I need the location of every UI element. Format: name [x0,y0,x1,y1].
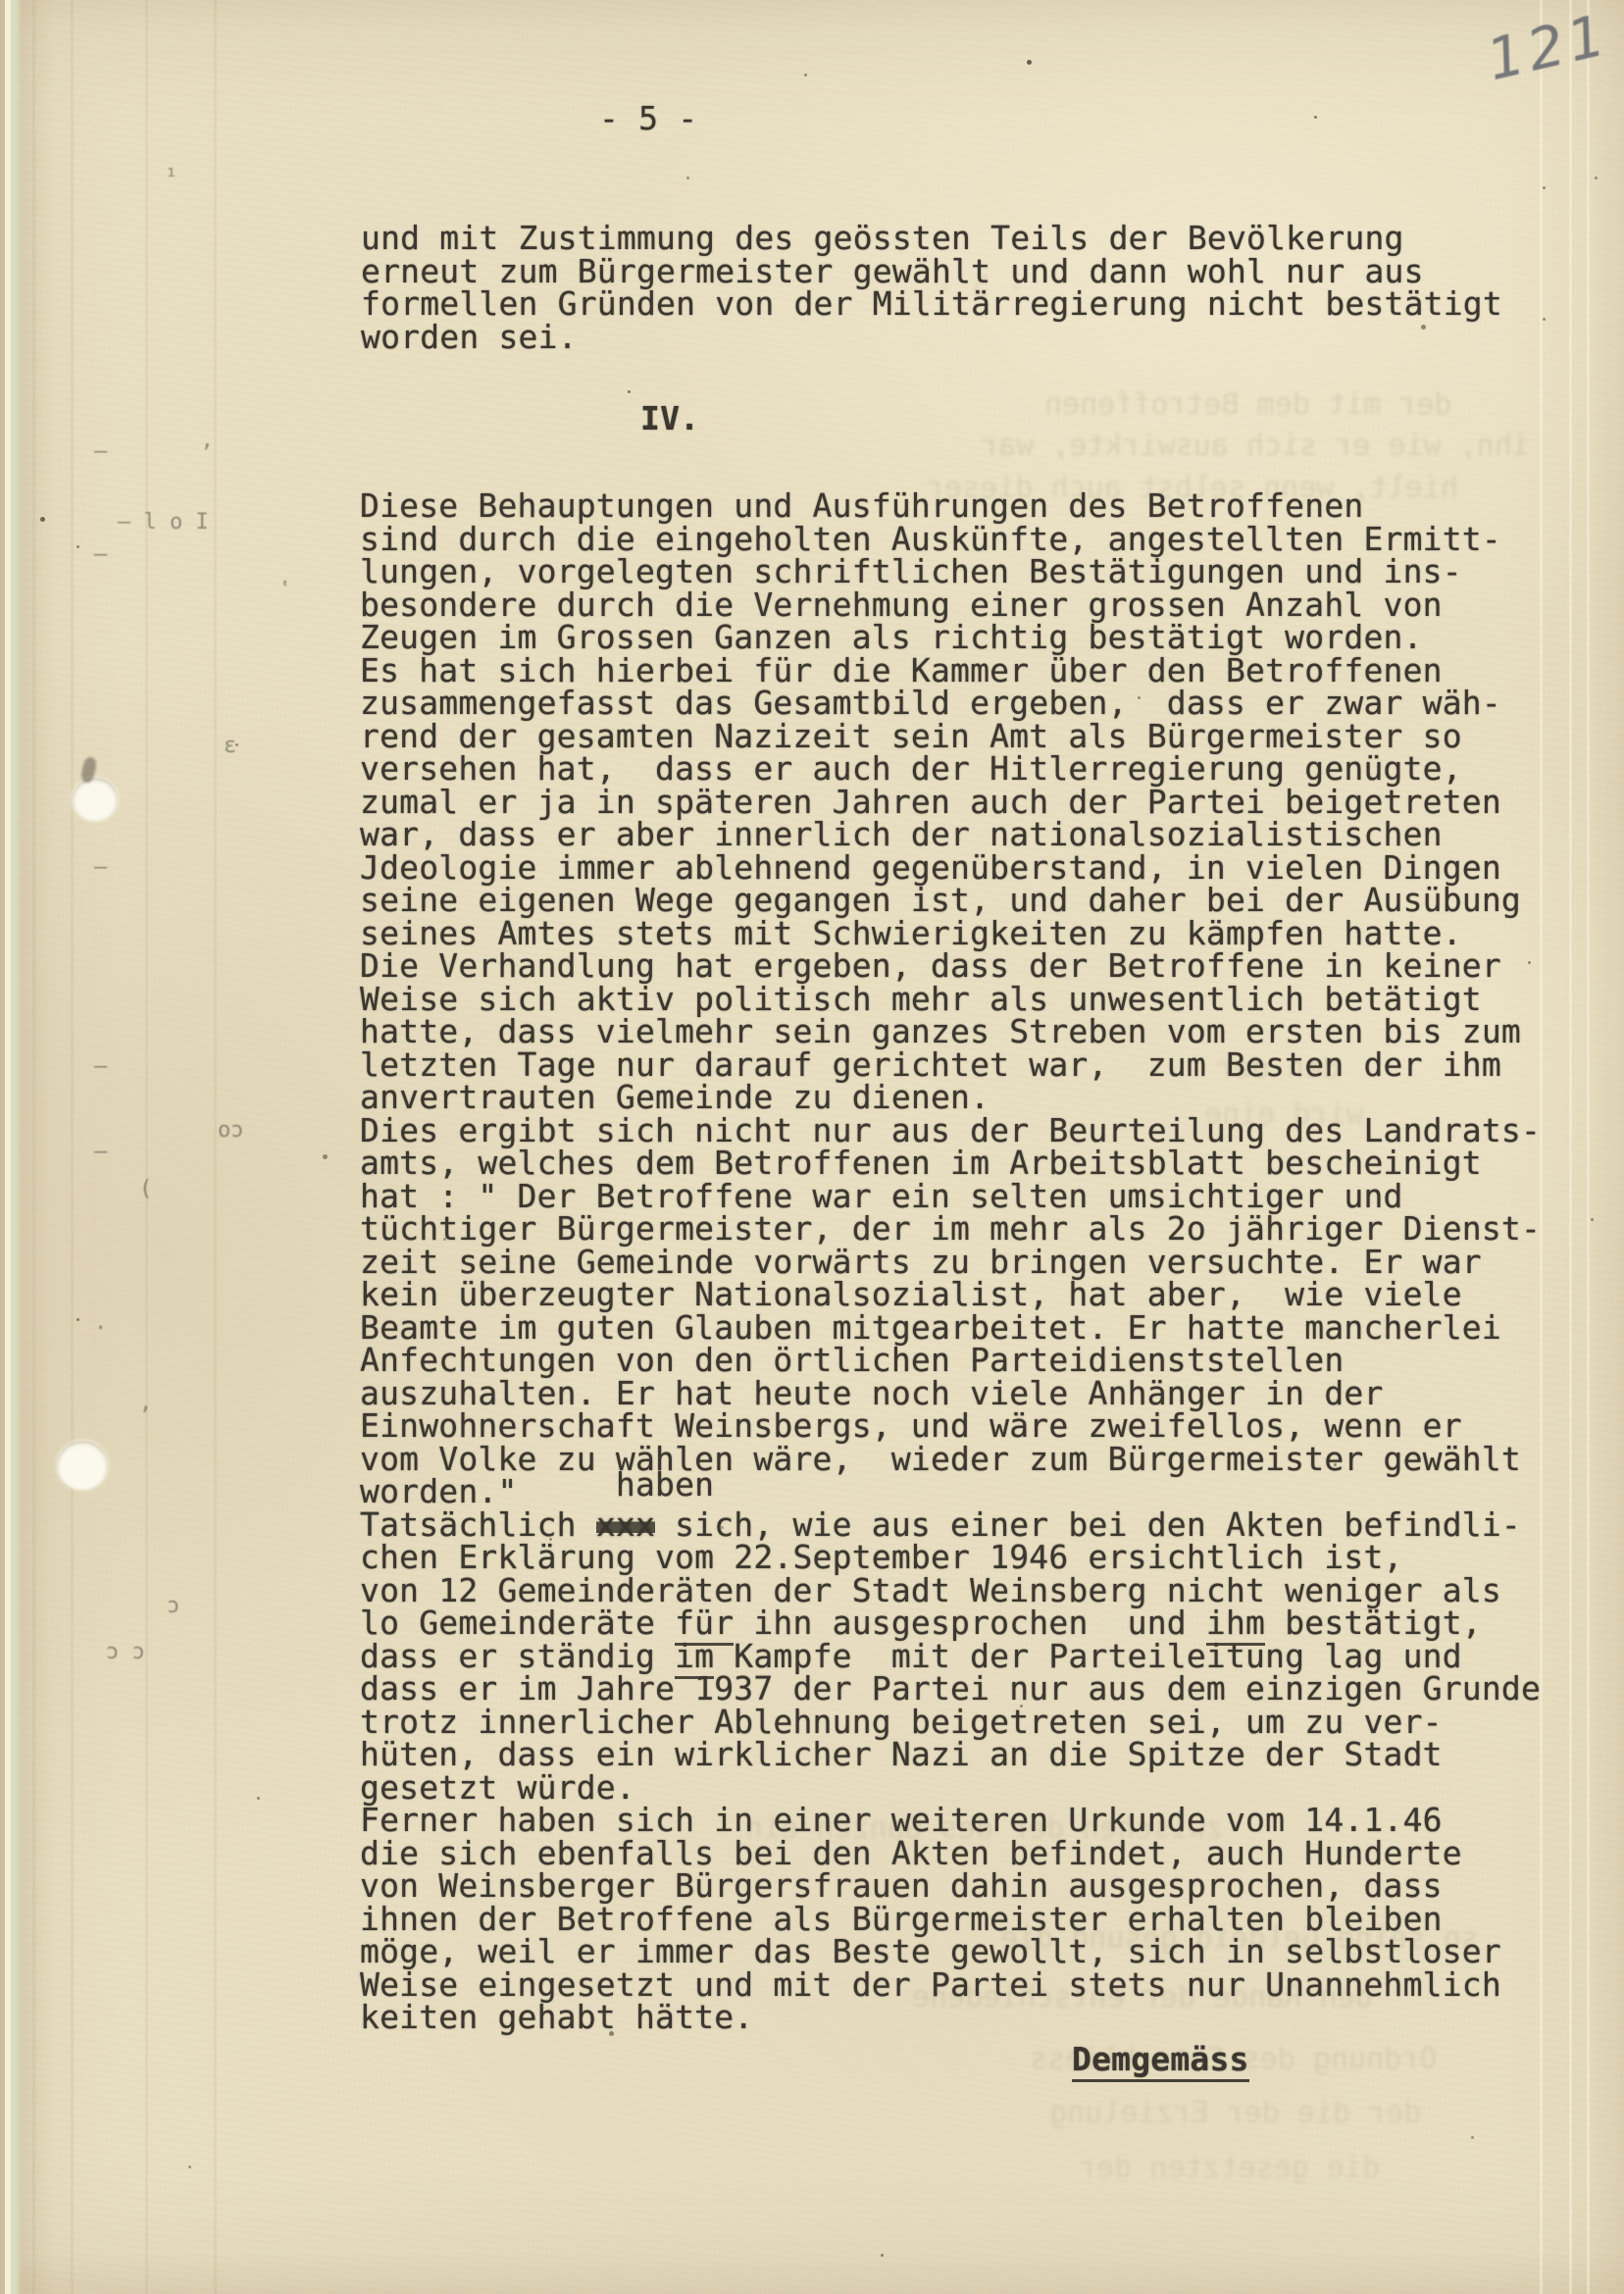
margin-mark: ɔ [167,1594,179,1618]
margin-mark: ɔ ɔ [106,1640,145,1664]
text-line: auszuhalten. Er hat heute noch viele Anh… [360,1377,1541,1410]
text-line: Es hat sich hierbei für die Kammer über … [360,654,1541,688]
margin-mark: ɛ [224,734,236,758]
text-line: Diese Behauptungen und Ausführungen des … [360,489,1541,523]
paper-crease [1587,0,1590,2294]
text-line: versehen hat, dass er auch der Hitlerreg… [360,752,1541,786]
text-line: von Weinsberger Bürgersfrauen dahin ausg… [360,1869,1541,1903]
text-line: ihnen der Betroffene als Bürgermeister e… [360,1903,1541,1936]
bleed-through-text: der die der Erzielung [1049,2099,1421,2128]
text-line: erneut zum Bürgermeister gewählt und dan… [361,255,1502,288]
text-line: rend der gesamten Nazizeit sein Amt als … [360,720,1541,753]
text-line: lungen, vorgelegten schriftlichen Bestät… [360,555,1541,588]
paper-specks [0,0,3,3]
text-line: möge, weil er immer das Beste gewollt, s… [360,1935,1541,1968]
bleed-through-text: die gesetzten der [1079,2154,1380,2183]
paper-crease [214,0,217,2294]
margin-mark: – [94,542,107,567]
text-line: vom Volke zu wählen wäre, wieder zum Bür… [360,1443,1541,1476]
text-line: anvertrauten Gemeinde zu dienen. [360,1081,1541,1114]
text-line: sind durch die eingeholten Auskünfte, an… [360,523,1541,556]
scan-left-edge [0,0,22,2294]
margin-mark: – l o I [118,510,209,535]
paper-crease [71,0,74,2294]
handwritten-folio-number: 121 [1481,1,1616,94]
margin-mark: · [94,1316,107,1341]
text-line: zeit seine Gemeinde vorwärts zu bringen … [360,1246,1541,1279]
bleed-through-text: ihn, wie er sich auswirkte, war [981,432,1530,461]
text-line: zumal er ja in späteren Jahren auch der … [360,786,1541,819]
paper-crease [145,0,148,2294]
paper-crease [1569,0,1572,2294]
text-line: hat : " Der Betroffene war ein selten um… [360,1180,1541,1213]
text-line: die sich ebenfalls bei den Akten befinde… [360,1837,1541,1870]
paper-crease [32,0,35,2294]
text-line: tüchtiger Bürgermeister, der im mehr als… [360,1212,1541,1246]
text-line: trotz innerlicher Ablehnung beigetreten … [360,1706,1541,1739]
margin-mark: ‚ [139,1391,152,1415]
margin-mark: oɔ [218,1118,244,1143]
text-line: seines Amtes stets mit Schwierigkeiten z… [360,917,1541,950]
body-text: Diese Behauptungen und Ausführungen des … [360,489,1541,2034]
text-line: seine eigenen Wege gegangen ist, und dah… [360,884,1541,917]
margin-mark: ¹ [165,165,178,189]
margin-mark: ʽ [279,581,291,605]
text-line: dass er im Jahre 1937 der Partei nur aus… [360,1672,1541,1706]
margin-mark: – [94,439,107,464]
text-line: zusammengefasst das Gesamtbild ergeben, … [360,687,1541,720]
bleed-through-text: der mit dem Betroffenen [1044,390,1451,420]
text-line: chen Erklärung vom 22.September 1946 ers… [360,1541,1541,1574]
text-line: formellen Gründen von der Militärregieru… [361,287,1502,321]
text-line: Zeugen im Grossen Ganzen als richtig bes… [360,621,1541,654]
margin-mark: — [94,1054,107,1079]
margin-mark: ( [139,1177,152,1201]
text-line: letzten Tage nur darauf gerichtet war, z… [360,1048,1541,1082]
text-line: worden." haben [360,1475,1541,1508]
text-line: dass er ständig im Kampfe mit der Partei… [360,1640,1541,1673]
text-line: kein überzeugter Nationalsozialist, hat … [360,1278,1541,1311]
margin-mark: – [94,1140,107,1164]
margin-mark: ʼ [200,441,213,466]
text-line: Anfechtungen von den örtlichen Parteidie… [360,1344,1541,1377]
text-line: gesetzt würde. [360,1771,1541,1805]
closing-word: Demgemäss [1072,2043,1249,2082]
text-line: Jdeologie immer ablehnend gegenüberstand… [360,851,1541,885]
text-line: Beamte im guten Glauben mitgearbeitet. E… [360,1311,1541,1345]
text-line: amts, welches dem Betroffenen im Arbeits… [360,1147,1541,1180]
text-line: von 12 Gemeinderäten der Stadt Weinsberg… [360,1574,1541,1607]
text-line: lo Gemeinderäte für ihn ausgesprochen un… [360,1606,1541,1640]
text-line: besondere durch die Vernehmung einer gro… [360,588,1541,622]
text-line: Weise eingesetzt und mit der Partei stet… [360,1968,1541,2002]
text-line: Dies ergibt sich nicht nur aus der Beurt… [360,1114,1541,1147]
text-line: Weise sich aktiv politisch mehr als unwe… [360,983,1541,1016]
text-line: und mit Zustimmung des geössten Teils de… [361,222,1502,255]
punch-hole-top [73,778,118,821]
text-line: Tatsächlich xxx sich, wie aus einer bei … [360,1508,1541,1542]
punch-hole-bottom [57,1441,108,1490]
text-line: Die Verhandlung hat ergeben, dass der Be… [360,949,1541,983]
text-line: hatte, dass vielmehr sein ganzes Streben… [360,1015,1541,1048]
text-line: hüten, dass ein wirklicher Nazi an die S… [360,1738,1541,1771]
page-number: - 5 - [599,102,697,135]
text-line: Einwohnerschaft Weinsbergs, und wäre zwe… [360,1409,1541,1443]
text-line: keiten gehabt hätte. [360,2001,1541,2034]
text-line: Ferner haben sich in einer weiteren Urku… [360,1804,1541,1837]
document-page: - 5 -der mit dem Betroffenenihn, wie er … [0,0,1624,2294]
text-line: war, dass er aber innerlich der national… [360,818,1541,851]
text-line: worden sei. [361,321,1502,354]
section-heading: IV. [640,402,699,435]
intro-paragraph: und mit Zustimmung des geössten Teils de… [361,222,1502,353]
margin-mark: – [94,855,107,880]
